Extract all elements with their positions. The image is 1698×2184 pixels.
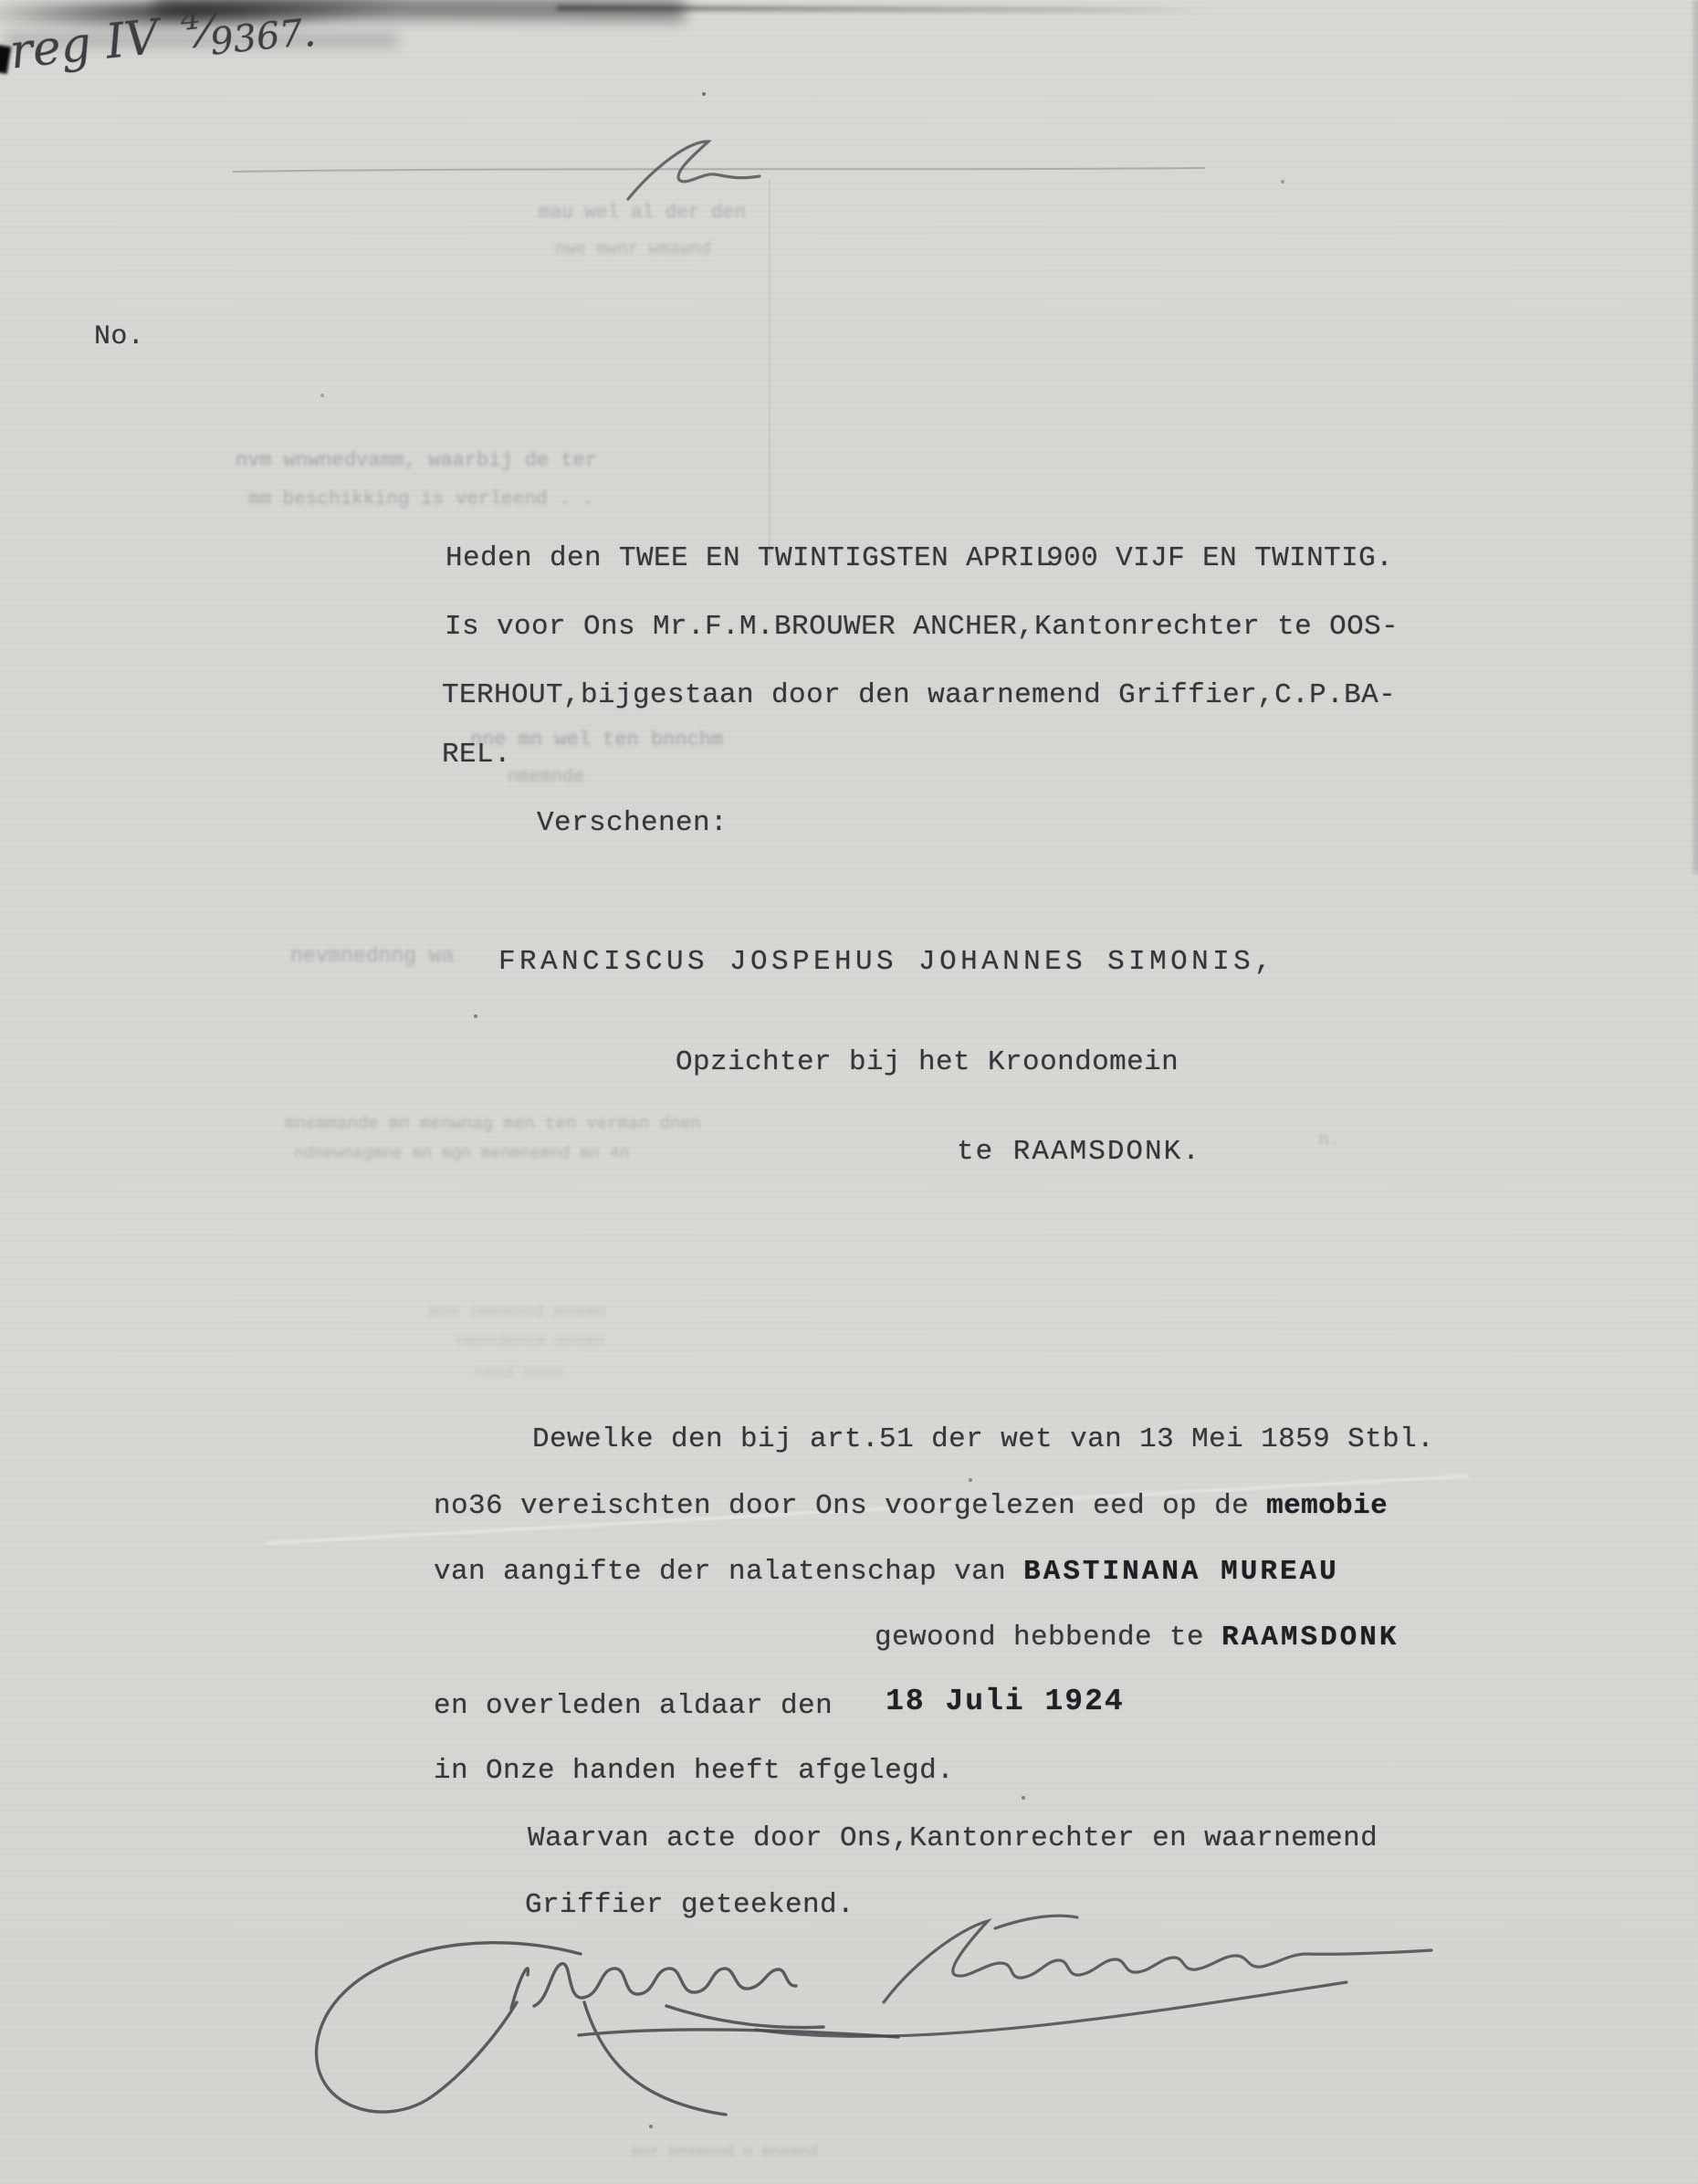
deceased-name: BASTINANA MUREAU	[1023, 1556, 1339, 1588]
paper-specks	[0, 0, 2, 2]
appearer-occupation: Opzichter bij het Kroondomein	[676, 1046, 1179, 1078]
ink-flourish	[628, 142, 760, 199]
scanned-document-page: reg IV4⁄9367. No. mau wel al der den nwe…	[0, 0, 1698, 2184]
handwritten-strokes-layer	[0, 0, 1698, 2184]
pencil-line	[233, 168, 1205, 172]
opening-line-4: REL.	[442, 739, 511, 771]
opening-line-1-pre: Heden den TWEE EN TWINTIGSTEN APRIL	[445, 542, 1053, 574]
opening-line-1: Heden den TWEE EN TWINTIGSTEN APRIL900 V…	[445, 542, 1393, 574]
oath-line-7: Waarvan acte door Ons,Kantonrechter en w…	[528, 1822, 1378, 1854]
oath-line-5: en overleden aldaar den18 Juli 1924	[434, 1688, 1125, 1722]
opening-line-2: Is voor Ons Mr.F.M.BROUWER ANCHER,Kanton…	[445, 611, 1399, 643]
number-label: No.	[94, 321, 144, 352]
ghost-text: nvm wnwnedvamm, waarbij de ter	[236, 449, 597, 472]
oath-line-2-start: no36 vereischten door Ons voorgelezen ee…	[434, 1490, 1266, 1522]
oath-line-1: Dewelke den bij art.51 der wet van 13 Me…	[532, 1423, 1434, 1455]
oath-line-3: van aangifte der nalatenschap van BASTIN…	[434, 1556, 1339, 1588]
ghost-text: ndnewnagmne mn mgn menmnemnd mn 4n	[294, 1145, 629, 1163]
death-date: 18 Juli 1924	[886, 1685, 1125, 1718]
oath-line-6: in Onze handen heeft afgelegd.	[434, 1755, 954, 1787]
ghost-text: mnemmande mn menwnag men ten verman dnen	[285, 1114, 701, 1134]
opening-line-5: Verschenen:	[537, 807, 728, 839]
oath-line-2-emphasis: memobie	[1266, 1490, 1388, 1522]
registration-denominator: 9367	[208, 12, 305, 63]
oath-line-5-start: en overleden aldaar den	[434, 1690, 833, 1722]
ghost-text: nmemnde	[508, 767, 584, 788]
ghost-text: n.	[1318, 1130, 1340, 1151]
residence-of-deceased: RAAMSDONK	[1221, 1622, 1399, 1654]
ghost-text: mnr mnemnnd n mnemnd	[632, 2144, 818, 2161]
oath-line-4: gewoond hebbende te RAAMSDONK	[875, 1622, 1399, 1654]
opening-line-3: TERHOUT,bijgestaan door den waarnemend G…	[442, 679, 1396, 711]
vertical-crease	[769, 179, 770, 562]
ghost-text: mm beschikking is verleend . .	[248, 489, 593, 510]
oath-line-2: no36 vereischten door Ons voorgelezen ee…	[434, 1490, 1388, 1522]
signature-left	[317, 1943, 898, 2115]
appearer-name: FRANCISCUS JOSPEHUS JOHANNES SIMONIS,	[498, 946, 1275, 978]
signature-right	[756, 1916, 1431, 2036]
ghost-text: nevmnednng wa	[290, 944, 454, 968]
opening-line-1-post: VIJF EN TWINTIG.	[1098, 542, 1393, 574]
appearer-residence: te RAAMSDONK.	[957, 1136, 1201, 1168]
ghost-text: nmnd mnem	[475, 1364, 563, 1382]
ghost-text: nwe mwnr wmawnd	[555, 239, 711, 259]
ghost-text: mne nmemnnd mnemn	[429, 1302, 606, 1322]
ghost-text: nmendmnem mnemn	[456, 1333, 604, 1351]
opening-line-1-overlap: 900	[1046, 542, 1098, 574]
oath-line-4-start: gewoond hebbende te	[875, 1622, 1221, 1654]
right-edge-shadow	[1693, 0, 1698, 874]
oath-line-8: Griffier geteekend.	[525, 1889, 854, 1921]
ghost-text: mau wel al der den	[539, 203, 746, 224]
oath-line-3-start: van aangifte der nalatenschap van	[434, 1556, 1023, 1588]
